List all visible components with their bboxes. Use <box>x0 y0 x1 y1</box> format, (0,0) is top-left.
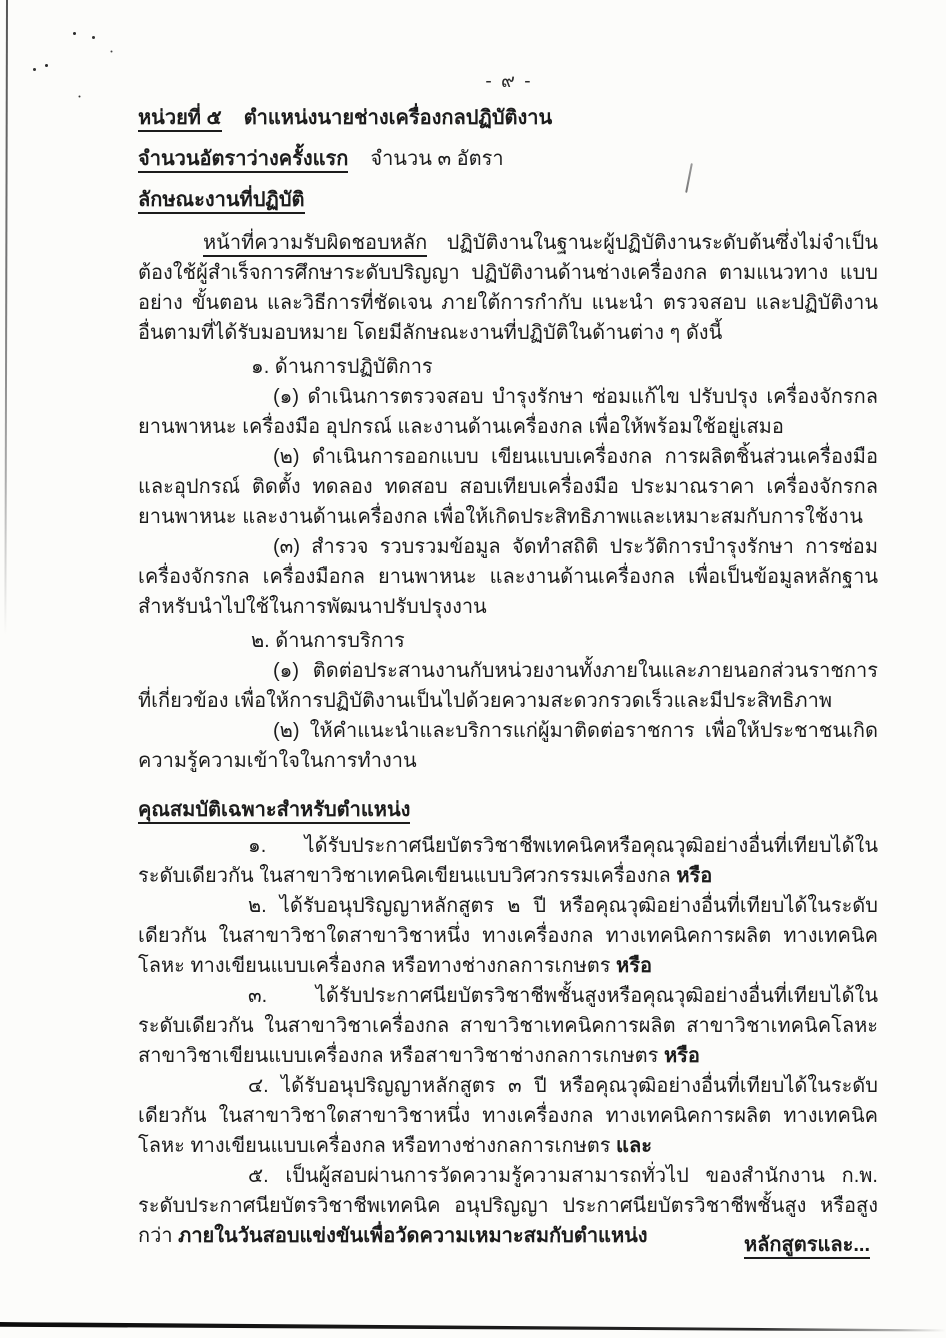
vacancy-heading: จำนวนอัตราว่างครั้งแรกจำนวน ๓ อัตรา <box>138 139 878 180</box>
qualification-connector: หรือ <box>658 1045 700 1067</box>
unit-label: หน่วยที่ ๕ <box>138 107 222 132</box>
qualification-item: ๒. ได้รับอนุปริญญาหลักสูตร ๒ ปี หรือคุณว… <box>138 891 878 981</box>
document-body: หน่วยที่ ๕ตำแหน่งนายช่างเครื่องกลปฏิบัติ… <box>138 98 878 1251</box>
vacancy-label: จำนวนอัตราว่างครั้งแรก <box>138 148 348 173</box>
scan-speck-dots <box>73 32 76 35</box>
vacancy-value: จำนวน ๓ อัตรา <box>370 148 503 170</box>
document-page: - ๙ - หน่วยที่ ๕ตำแหน่งนายช่างเครื่องกลป… <box>0 0 946 1338</box>
unit-heading: หน่วยที่ ๕ตำแหน่งนายช่างเครื่องกลปฏิบัติ… <box>138 98 878 139</box>
duty-section-title: ๑. ด้านการปฏิบัติการ <box>138 352 878 382</box>
qualification-item: ๑. ได้รับประกาศนียบัตรวิชาชีพเทคนิคหรือค… <box>138 831 878 891</box>
duties-heading: ลักษณะงานที่ปฏิบัติ <box>138 180 878 221</box>
qualification-connector: หรือ <box>671 865 713 887</box>
duty-item: (๑) ติดต่อประสานงานกับหน่วยงานทั้งภายในแ… <box>138 656 878 716</box>
duty-item: (๓) สำรวจ รวบรวมข้อมูล จัดทำสถิติ ประวัต… <box>138 532 878 622</box>
page-number: - ๙ - <box>36 66 946 96</box>
qualification-item: ๔. ได้รับอนุปริญญาหลักสูตร ๓ ปี หรือคุณว… <box>138 1071 878 1161</box>
duty-item: (๒) ดำเนินการออกแบบ เขียนแบบเครื่องกล กา… <box>138 442 878 532</box>
duties-intro-paragraph: หน้าที่ความรับผิดชอบหลัก ปฏิบัติงานในฐาน… <box>138 228 878 348</box>
duty-item: (๒) ให้คำแนะนำและบริการแก่ผู้มาติดต่อราช… <box>138 716 878 776</box>
intro-label: หน้าที่ความรับผิดชอบหลัก <box>203 232 427 257</box>
qualifications-heading: คุณสมบัติเฉพาะสำหรับตำแหน่ง <box>138 789 878 831</box>
left-edge-scan-line <box>4 0 8 635</box>
continuation-note: หลักสูตรและ... <box>744 1228 870 1260</box>
qualification-connector: หรือ <box>611 955 653 977</box>
unit-position-title: ตำแหน่งนายช่างเครื่องกลปฏิบัติงาน <box>244 107 553 129</box>
duty-section-title: ๒. ด้านการบริการ <box>138 626 878 656</box>
qualification-connector: และ <box>611 1135 652 1157</box>
duty-item: (๑) ดำเนินการตรวจสอบ บำรุงรักษา ซ่อมแก้ไ… <box>138 382 878 442</box>
bottom-scan-line <box>0 1322 946 1332</box>
qualification-item: ๓. ได้รับประกาศนียบัตรวิชาชีพชั้นสูงหรือ… <box>138 981 878 1071</box>
qualification-emphasis: ภายในวันสอบแข่งขันเพื่อวัดความเหมาะสมกับ… <box>173 1225 648 1247</box>
